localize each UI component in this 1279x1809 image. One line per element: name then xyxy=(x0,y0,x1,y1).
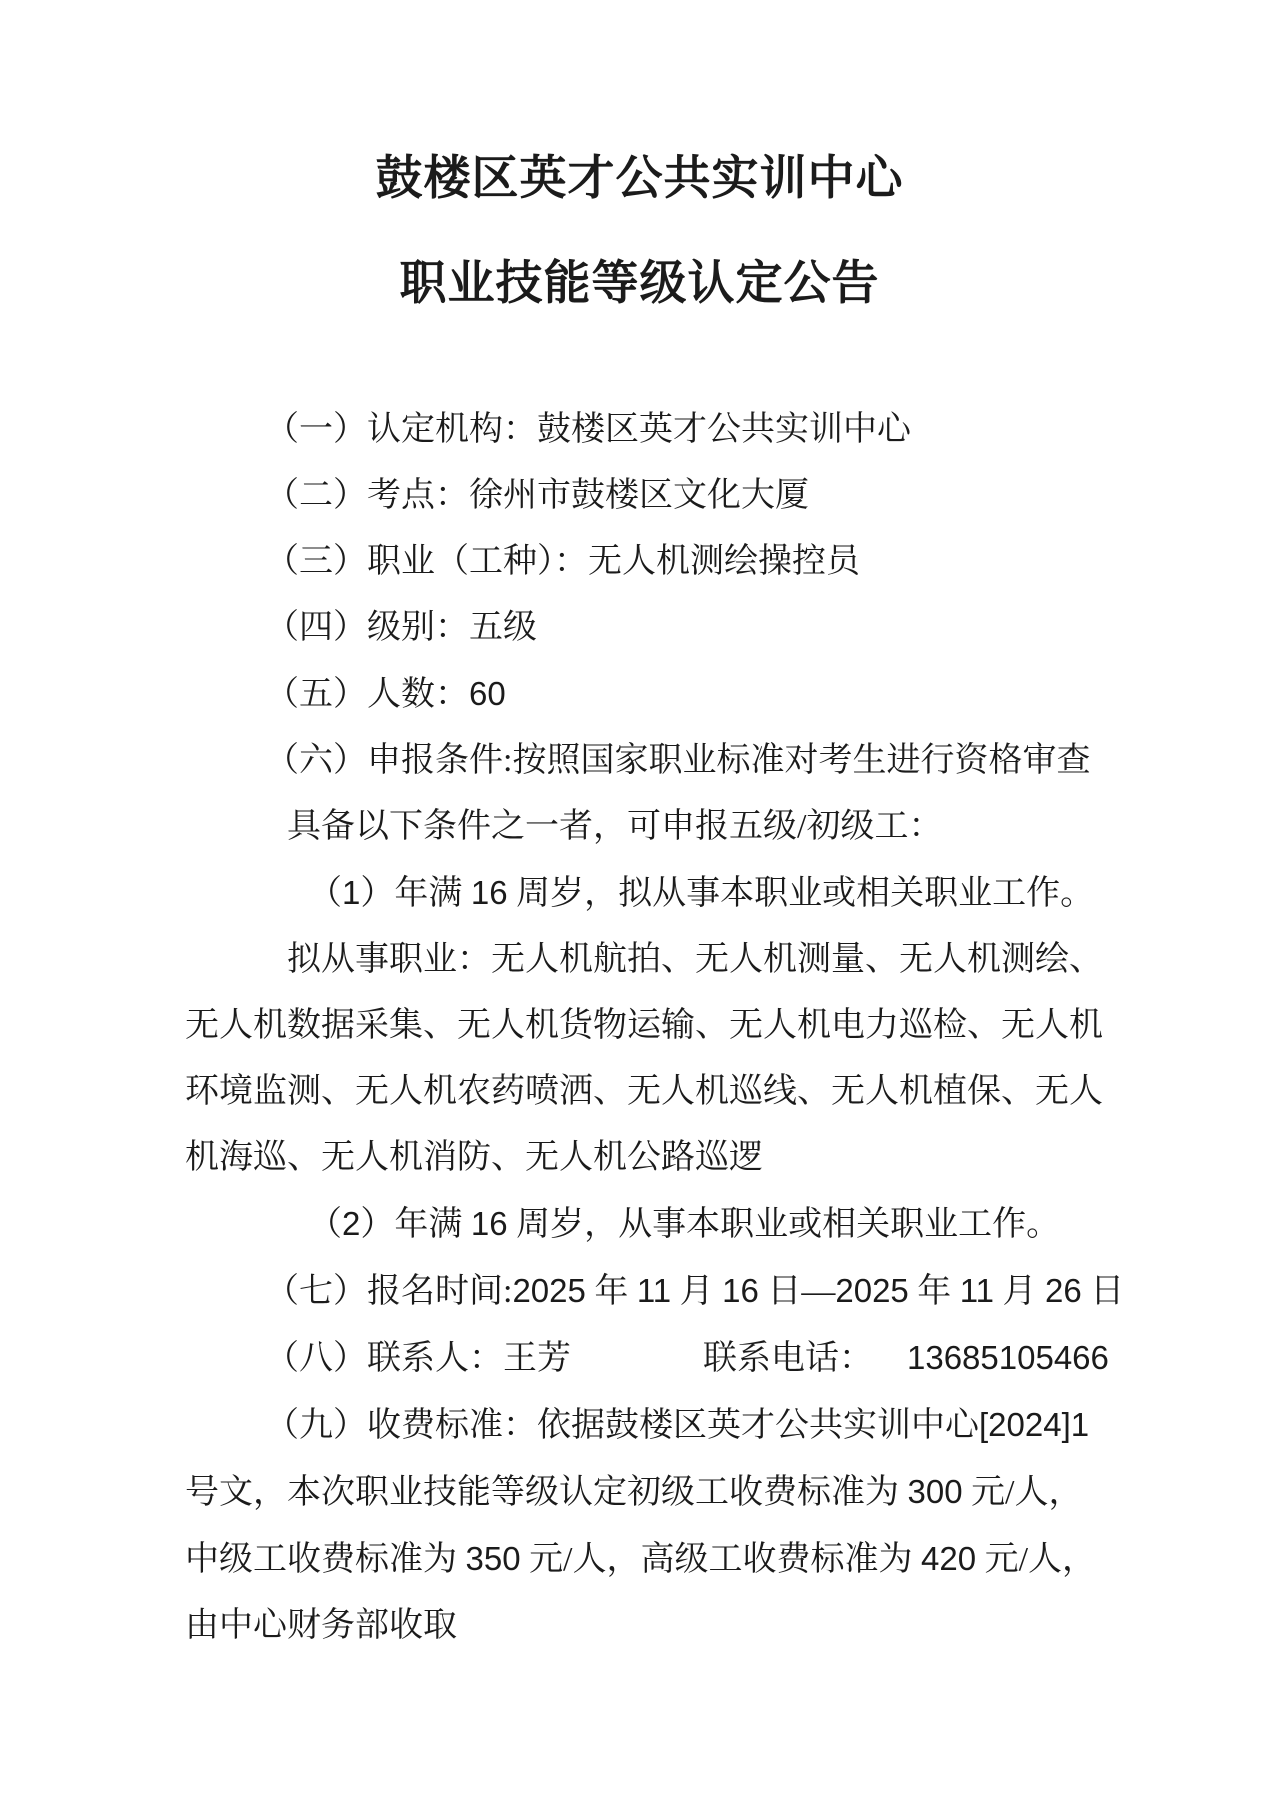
document-title-line-2: 职业技能等级认定公告 xyxy=(0,232,1279,337)
cjk-text: 具备以下条件之一者，可申报五级/初级工： xyxy=(287,808,942,845)
cjk-text: （七）报名时间: xyxy=(265,1273,512,1310)
doc-line-requirements: （六）申报条件:按照国家职业标准对考生进行资格审查 xyxy=(185,728,1119,794)
numeric-text: 300 xyxy=(908,1473,963,1510)
doc-line-fees-4: 由中心财务部收取 xyxy=(185,1593,1119,1659)
doc-line-occupations-2: 无人机数据采集、无人机货物运输、无人机电力巡检、无人机 xyxy=(185,993,1119,1059)
numeric-text: 1 xyxy=(342,874,360,911)
numeric-text: 60 xyxy=(469,675,506,712)
cjk-text: 环境监测、无人机农药喷洒、无人机巡线、无人机植保、无人 xyxy=(185,1073,1103,1110)
cjk-text: 元/人， xyxy=(963,1474,1083,1511)
doc-line-fees-1: （九）收费标准：依据鼓楼区英才公共实训中心[2024]1 xyxy=(185,1392,1119,1459)
doc-line-occupations-4: 机海巡、无人机消防、无人机公路巡逻 xyxy=(185,1125,1119,1191)
numeric-text: 2025 xyxy=(512,1272,585,1309)
cjk-text: 无人机数据采集、无人机货物运输、无人机电力巡检、无人机 xyxy=(185,1007,1103,1044)
doc-line-registration-time: （七）报名时间:2025 年 11 月 16 日—2025 年 11 月 26 … xyxy=(185,1258,1119,1325)
cjk-text: 周岁，拟从事本职业或相关职业工作。 xyxy=(508,875,1095,912)
numeric-text: 11 xyxy=(960,1272,994,1309)
cjk-text: （六）申报条件:按照国家职业标准对考生进行资格审查 xyxy=(265,742,1090,779)
doc-line-condition-2: （2）年满 16 周岁，从事本职业或相关职业工作。 xyxy=(185,1191,1119,1258)
document-title-block: 鼓楼区英才公共实训中心 职业技能等级认定公告 xyxy=(0,0,1279,337)
cjk-text: （一）认定机构：鼓楼区英才公共实训中心 xyxy=(265,411,911,448)
doc-line-fees-2: 号文，本次职业技能等级认定初级工收费标准为 300 元/人， xyxy=(185,1459,1119,1526)
cjk-text: 元/人，高级工收费标准为 xyxy=(521,1541,921,1578)
doc-line-occupations-1: 拟从事职业：无人机航拍、无人机测量、无人机测绘、 xyxy=(185,927,1119,993)
cjk-text: 拟从事职业：无人机航拍、无人机测量、无人机测绘、 xyxy=(287,941,1103,978)
doc-line-certifying-body: （一）认定机构：鼓楼区英才公共实训中心 xyxy=(185,397,1119,463)
cjk-text: 日 xyxy=(1082,1273,1125,1310)
numeric-text: 2 xyxy=(342,1205,360,1242)
numeric-text: 16 xyxy=(722,1272,759,1309)
cjk-text: （九）收费标准：依据鼓楼区英才公共实训中心 xyxy=(265,1407,979,1444)
cjk-text: 号文，本次职业技能等级认定初级工收费标准为 xyxy=(185,1474,908,1511)
cjk-text: ）年满 xyxy=(360,1206,471,1243)
numeric-text: 11 xyxy=(637,1272,671,1309)
cjk-text: 机海巡、无人机消防、无人机公路巡逻 xyxy=(185,1139,763,1176)
cjk-text: 日— xyxy=(759,1273,836,1310)
doc-line-exam-site: （二）考点：徐州市鼓楼区文化大厦 xyxy=(185,463,1119,529)
cjk-text: 联系电话： xyxy=(703,1340,873,1377)
cjk-text: 中级工收费标准为 xyxy=(185,1541,466,1578)
numeric-text: 26 xyxy=(1045,1272,1082,1309)
numeric-text: 16 xyxy=(471,874,508,911)
numeric-text: 16 xyxy=(471,1205,508,1242)
cjk-text: （二）考点：徐州市鼓楼区文化大厦 xyxy=(265,477,809,514)
cjk-text: （五）人数： xyxy=(265,676,469,713)
cjk-text: 年 xyxy=(909,1273,960,1310)
cjk-text: （三）职业（工种）：无人机测绘操控员 xyxy=(265,543,860,580)
numeric-text: 13685105466 xyxy=(907,1339,1109,1376)
cjk-text: （ xyxy=(308,1206,342,1243)
document-body: （一）认定机构：鼓楼区英才公共实训中心 （二）考点：徐州市鼓楼区文化大厦 （三）… xyxy=(0,397,1279,1659)
doc-line-condition-1: （1）年满 16 周岁，拟从事本职业或相关职业工作。 xyxy=(185,860,1119,927)
cjk-text: 月 xyxy=(671,1273,722,1310)
numeric-text: 350 xyxy=(466,1540,521,1577)
cjk-text: （ xyxy=(308,875,342,912)
doc-line-requirements-cont: 具备以下条件之一者，可申报五级/初级工： xyxy=(185,794,1119,860)
numeric-text: [2024]1 xyxy=(979,1406,1089,1443)
doc-line-occupation: （三）职业（工种）：无人机测绘操控员 xyxy=(185,529,1119,595)
numeric-text: 420 xyxy=(921,1540,976,1577)
cjk-text: （八）联系人：王芳 xyxy=(265,1340,571,1377)
document-page: 鼓楼区英才公共实训中心 职业技能等级认定公告 （一）认定机构：鼓楼区英才公共实训… xyxy=(0,0,1279,1809)
doc-line-level: （四）级别：五级 xyxy=(185,595,1119,661)
cjk-text: ）年满 xyxy=(360,875,471,912)
numeric-text: 2025 xyxy=(835,1272,908,1309)
doc-line-occupations-3: 环境监测、无人机农药喷洒、无人机巡线、无人机植保、无人 xyxy=(185,1059,1119,1125)
cjk-text: 由中心财务部收取 xyxy=(185,1607,457,1644)
cjk-text: 月 xyxy=(994,1273,1045,1310)
cjk-text: 周岁，从事本职业或相关职业工作。 xyxy=(508,1206,1061,1243)
cjk-text: 元/人， xyxy=(976,1541,1096,1578)
document-title-line-1: 鼓楼区英才公共实训中心 xyxy=(0,127,1279,232)
doc-line-contact: （八）联系人：王芳联系电话：13685105466 xyxy=(185,1325,1119,1392)
doc-line-fees-3: 中级工收费标准为 350 元/人，高级工收费标准为 420 元/人， xyxy=(185,1526,1119,1593)
cjk-text: （四）级别：五级 xyxy=(265,609,537,646)
cjk-text: 年 xyxy=(586,1273,637,1310)
doc-line-headcount: （五）人数：60 xyxy=(185,661,1119,728)
